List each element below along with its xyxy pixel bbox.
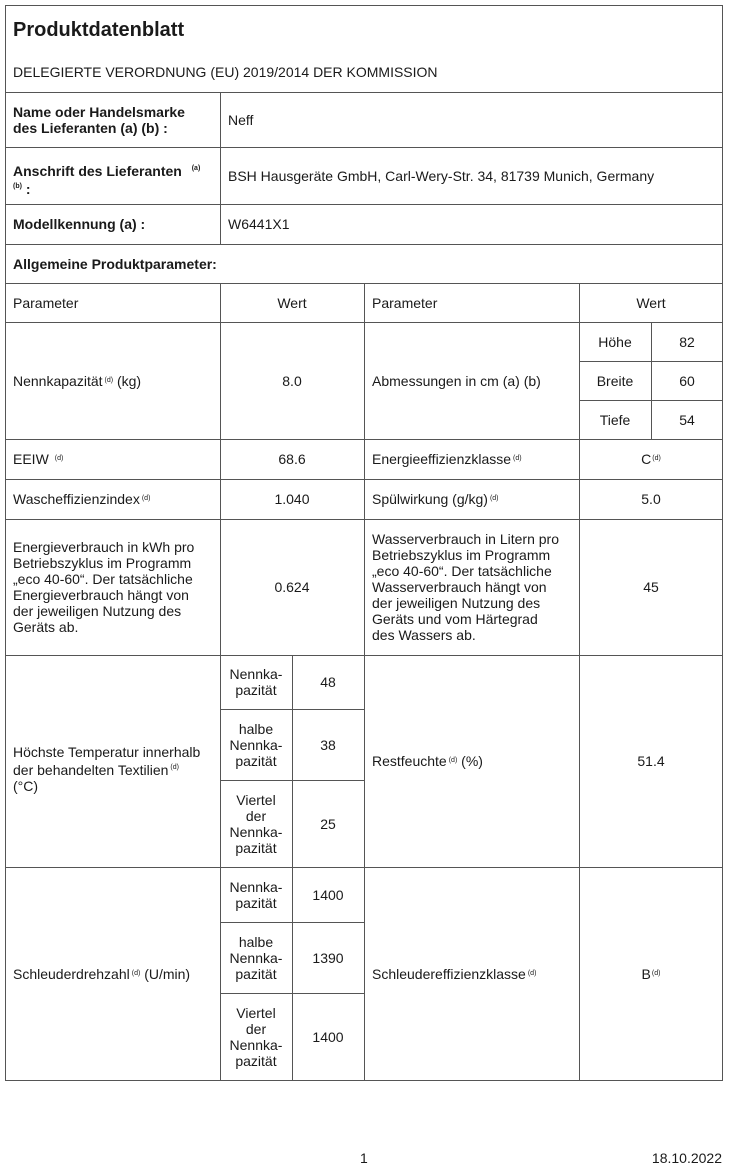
capacity-label: Nennkapazität(d) (kg): [5, 322, 220, 439]
supplier-name-label: Name oder Handelsmarke des Lieferanten (…: [5, 92, 220, 147]
eeiw-value: 68.6: [220, 439, 364, 479]
model-id-value: W6441X1: [220, 204, 723, 244]
temp-capacity-half-label: halbe Nennka- pazität: [220, 709, 292, 780]
residual-moisture-value: 51.4: [579, 655, 723, 867]
width-value: 60: [651, 361, 723, 400]
water-consumption-label: Wasserverbrauch in Litern pro Betriebszy…: [364, 519, 579, 655]
spin-speed-label: Schleuderdrehzahl(d) (U/min): [5, 867, 220, 1080]
supplier-address-value: BSH Hausgeräte GmbH, Carl-Wery-Str. 34, …: [220, 147, 723, 204]
capacity-value: 8.0: [220, 322, 364, 439]
spin-capacity-quarter-value: 1400: [292, 993, 364, 1080]
spin-class-label: Schleudereffizienzklasse(d): [364, 867, 579, 1080]
temp-capacity-quarter-value: 25: [292, 780, 364, 867]
energy-consumption-value: 0.624: [220, 519, 364, 655]
model-id-label: Modellkennung (a) :: [5, 204, 220, 244]
energy-consumption-label: Energieverbrauch in kWh pro Betriebszykl…: [5, 519, 220, 655]
spin-capacity-half-value: 1390: [292, 922, 364, 993]
depth-label: Tiefe: [579, 400, 651, 439]
width-label: Breite: [579, 361, 651, 400]
spin-capacity-half-label: halbe Nennka- pazität: [220, 922, 292, 993]
depth-value: 54: [651, 400, 723, 439]
wash-index-value: 1.040: [220, 479, 364, 519]
spin-capacity-full-value: 1400: [292, 867, 364, 922]
section-title: Allgemeine Produktparameter:: [5, 244, 723, 283]
height-value: 82: [651, 322, 723, 361]
wash-index-label: Wascheffizienzindex(d): [5, 479, 220, 519]
col-header-parameter: Parameter: [5, 283, 220, 322]
supplier-address-label: Anschrift des Lieferanten (a) (b) :: [5, 147, 220, 204]
height-label: Höhe: [579, 322, 651, 361]
spin-capacity-full-label: Nennka- pazität: [220, 867, 292, 922]
max-temperature-label: Höchste Temperatur innerhalb der behande…: [5, 655, 220, 867]
regulation-text: DELEGIERTE VERORDNUNG (EU) 2019/2014 DER…: [5, 58, 723, 86]
residual-moisture-label: Restfeuchte(d) (%): [364, 655, 579, 867]
temp-capacity-full-value: 48: [292, 655, 364, 709]
col-header-parameter: Parameter: [364, 283, 579, 322]
temp-capacity-full-label: Nennka- pazität: [220, 655, 292, 709]
eeiw-label: EEIW(d): [5, 439, 220, 479]
document-date: 18.10.2022: [652, 1150, 722, 1166]
temp-capacity-half-value: 38: [292, 709, 364, 780]
supplier-name-value: Neff: [220, 92, 723, 147]
energy-class-value: C(d): [579, 439, 723, 479]
temp-capacity-quarter-label: Viertel der Nennka- pazität: [220, 780, 292, 867]
col-header-value: Wert: [220, 283, 364, 322]
energy-class-label: Energieeffizienzklasse(d): [364, 439, 579, 479]
rinsing-value: 5.0: [579, 479, 723, 519]
rinsing-label: Spülwirkung (g/kg)(d): [364, 479, 579, 519]
spin-capacity-quarter-label: Viertel der Nennka- pazität: [220, 993, 292, 1080]
water-consumption-value: 45: [579, 519, 723, 655]
page-number: 1: [360, 1150, 368, 1166]
col-header-value: Wert: [579, 283, 723, 322]
dimensions-label: Abmessungen in cm (a) (b): [364, 322, 579, 439]
page-title: Produktdatenblatt: [5, 12, 723, 48]
spin-class-value: B(d): [579, 867, 723, 1080]
